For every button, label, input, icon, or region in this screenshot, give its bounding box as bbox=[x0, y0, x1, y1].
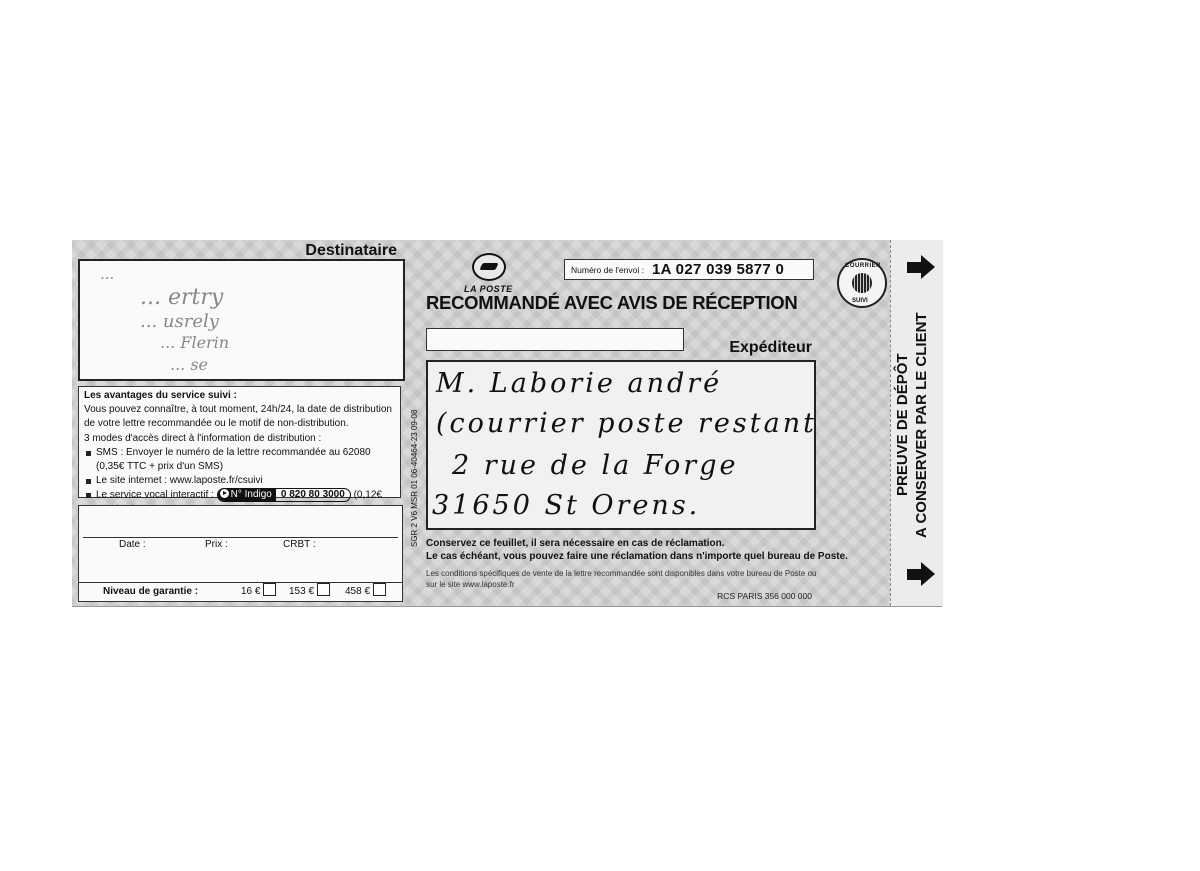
deposit-proof-strip: PREUVE DE DÉPÔT A CONSERVER PAR LE CLIEN… bbox=[890, 240, 943, 606]
main-section: LA POSTE Numéro de l'envoi : 1A 027 039 … bbox=[424, 240, 894, 606]
checkbox[interactable] bbox=[263, 583, 276, 596]
guarantee-label: Niveau de garantie : bbox=[103, 583, 198, 601]
conditions-notice: Les conditions spécifiques de vente de l… bbox=[426, 568, 826, 590]
recipient-handwriting-line: ... Flerin bbox=[160, 333, 229, 352]
checkbox[interactable] bbox=[373, 583, 386, 596]
form-reference-code: SGR 2 V6 MSR 01 06-40464-23 09-08 bbox=[410, 388, 422, 568]
courrier-suivi-seal-icon: COURRIER SUIVI bbox=[837, 258, 887, 308]
vocal-label: Le service vocal interactif : bbox=[96, 490, 214, 501]
guarantee-option-458[interactable]: 458 € bbox=[345, 583, 386, 601]
guarantee-level-row: Niveau de garantie : 16 € 153 € 458 € bbox=[78, 582, 403, 602]
recipient-handwriting-line: ... se bbox=[170, 355, 208, 374]
tracking-number: 1A 027 039 5877 0 bbox=[652, 261, 784, 278]
destinataire-title: Destinataire bbox=[305, 242, 397, 260]
la-poste-bird-logo-icon bbox=[472, 253, 506, 281]
recipient-stub: Destinataire ... ... ertry ... usrely ..… bbox=[72, 240, 407, 606]
sms-line-1: SMS : Envoyer le numéro de la lettre rec… bbox=[96, 447, 371, 458]
sms-line-2: (0,35€ TTC + prix d'un SMS) bbox=[96, 461, 223, 472]
registered-mail-receipt: Destinataire ... ... ertry ... usrely ..… bbox=[72, 240, 942, 607]
deposit-proof-line-2: A CONSERVER PAR LE CLIENT bbox=[912, 290, 931, 560]
recipient-handwriting-line: ... bbox=[100, 265, 114, 283]
sender-handwriting-line: 31650 St Orens. bbox=[432, 490, 700, 521]
tracking-number-box: Numéro de l'envoi : 1A 027 039 5877 0 bbox=[564, 259, 814, 280]
sender-handwriting-line: M. Laborie andré bbox=[436, 368, 722, 399]
service-info-heading: Les avantages du service suivi : bbox=[84, 389, 395, 403]
stamp-divider bbox=[83, 537, 398, 538]
rcs-number: RCS PARIS 356 000 000 bbox=[717, 591, 812, 601]
guarantee-option-16[interactable]: 16 € bbox=[241, 583, 276, 601]
indigo-badge: N° Indigo0 820 80 3000 bbox=[217, 488, 351, 502]
notice-line-1: Conservez ce feuillet, il sera nécessair… bbox=[426, 537, 848, 550]
blank-field bbox=[426, 328, 684, 351]
indigo-label: N° Indigo bbox=[231, 489, 272, 500]
deposit-proof-line-1: PREUVE DE DÉPÔT bbox=[893, 290, 912, 560]
recipient-handwriting-line: ... ertry bbox=[140, 285, 223, 310]
indigo-number: 0 820 80 3000 bbox=[276, 489, 350, 501]
recipient-handwriting-line: ... usrely bbox=[140, 311, 219, 332]
tracking-number-label: Numéro de l'envoi : bbox=[571, 265, 644, 275]
seal-top-text: COURRIER bbox=[845, 263, 881, 269]
sms-item: SMS : Envoyer le numéro de la lettre rec… bbox=[84, 446, 395, 474]
seal-barcode bbox=[852, 273, 872, 293]
conservation-notice: Conservez ce feuillet, il sera nécessair… bbox=[426, 537, 848, 563]
checkbox[interactable] bbox=[317, 583, 330, 596]
seal-bottom-text: SUIVI bbox=[852, 298, 868, 304]
deposit-proof-title: PREUVE DE DÉPÔT A CONSERVER PAR LE CLIEN… bbox=[893, 290, 941, 560]
service-info-box: Les avantages du service suivi : Vous po… bbox=[78, 386, 401, 498]
prix-label: Prix : bbox=[205, 539, 228, 550]
sender-handwriting-line: 2 rue de la Forge bbox=[452, 450, 738, 481]
play-icon bbox=[220, 489, 229, 498]
service-info-intro: Vous pouvez connaître, à tout moment, 24… bbox=[84, 403, 395, 431]
postal-stamp-box: Date : Prix : CRBT : bbox=[78, 505, 403, 583]
web-item: Le site internet : www.laposte.fr/csuivi bbox=[84, 474, 395, 488]
service-info-modes: 3 modes d'accès direct à l'information d… bbox=[84, 432, 395, 446]
sender-address-box: M. Laborie andré (courrier poste restant… bbox=[426, 360, 816, 530]
recipient-address-box: ... ... ertry ... usrely ... Flerin ... … bbox=[78, 259, 405, 381]
crbt-label: CRBT : bbox=[283, 539, 316, 550]
date-label: Date : bbox=[119, 539, 146, 550]
expediteur-title: Expéditeur bbox=[729, 339, 812, 357]
notice-line-2: Le cas échéant, vous pouvez faire une ré… bbox=[426, 550, 848, 563]
sender-handwriting-line: (courrier poste restante) bbox=[436, 408, 816, 439]
guarantee-option-153[interactable]: 153 € bbox=[289, 583, 330, 601]
document-title: RECOMMANDÉ AVEC AVIS DE RÉCEPTION bbox=[426, 292, 797, 314]
